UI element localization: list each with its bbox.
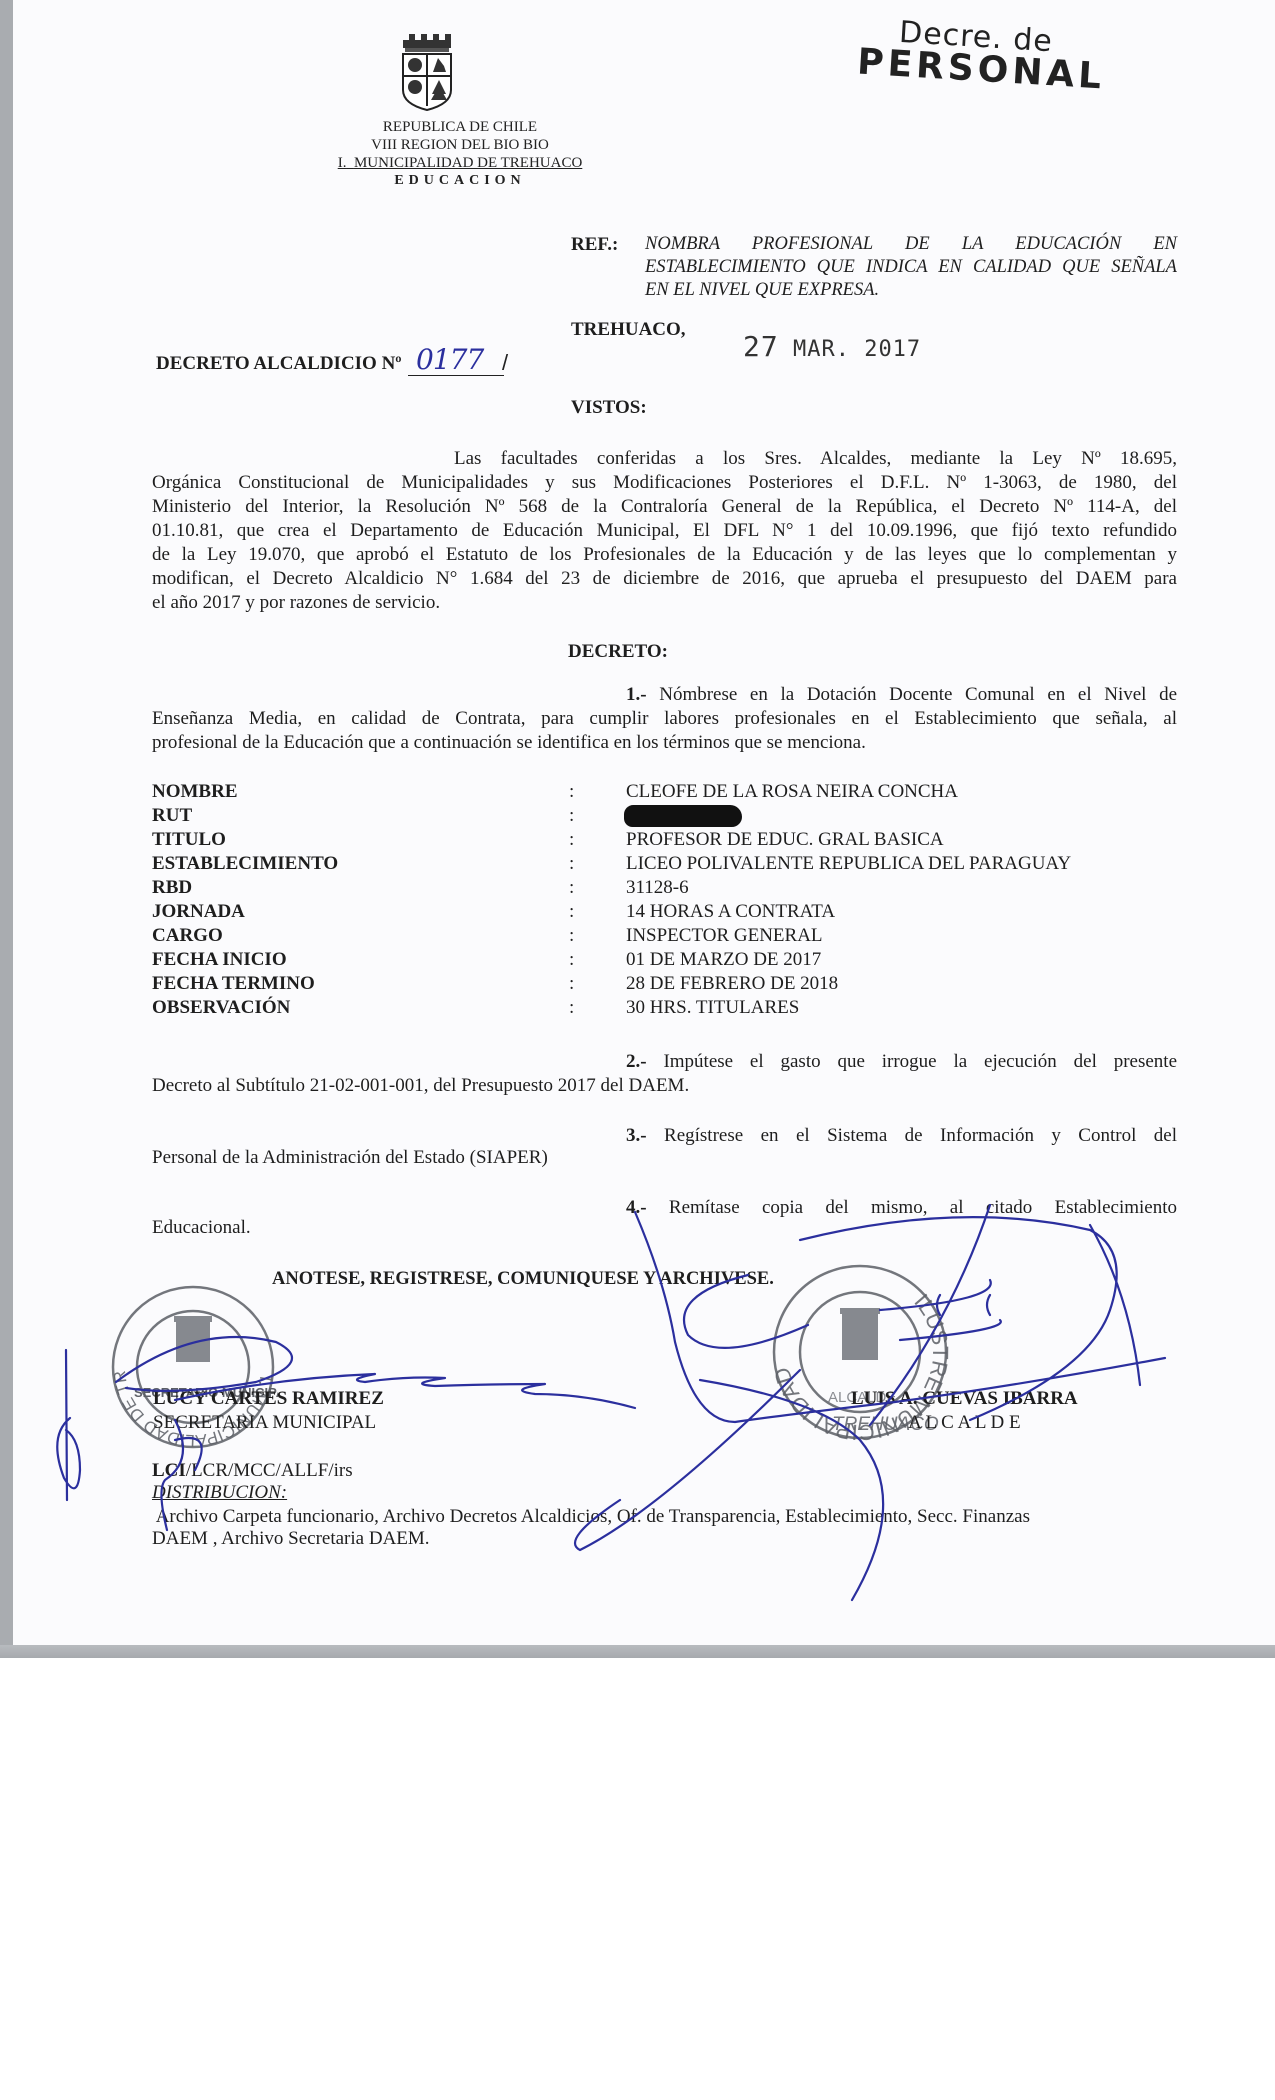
- signatory-left: LUCY CARTES RAMIREZ SECRETARIA MUNICIPAL: [153, 1387, 384, 1435]
- item-1-line: Nómbrese en la Dotación Docente Comunal …: [659, 684, 1177, 705]
- date-stamp: 27 MAR. 2017: [743, 330, 921, 363]
- initials-rest: /LCR/MCC/ALLF/irs: [186, 1460, 353, 1481]
- decree-number-handwritten: 0177: [416, 343, 483, 376]
- field-separator: :: [569, 996, 574, 1020]
- coat-of-arms-icon: [397, 26, 457, 112]
- header-country: REPUBLICA DE CHILE: [300, 118, 620, 136]
- item-number: 3.-: [626, 1125, 647, 1146]
- item-1-line: Enseñanza Media, en calidad de Contrata,…: [152, 707, 1177, 731]
- municipality-name: MUNICIPALIDAD DE TREHUACO: [354, 155, 582, 171]
- field-value: INSPECTOR GENERAL: [626, 924, 823, 948]
- ref-line: NOMBRA PROFESIONAL DE LA EDUCACIÓN EN: [645, 233, 1177, 256]
- field-value: PROFESOR DE EDUC. GRAL BASICA: [626, 828, 944, 852]
- header-department: EDUCACION: [300, 172, 620, 190]
- field-value: 01 DE MARZO DE 2017: [626, 948, 821, 972]
- item-number: 4.-: [626, 1197, 647, 1218]
- item-2-line: Impútese el gasto que irrogue la ejecuci…: [663, 1051, 1177, 1072]
- decreto-item-4: 4.- Remítase copia del mismo, al citado …: [626, 1196, 1177, 1220]
- field-separator: :: [569, 900, 574, 924]
- field-label: JORNADA: [152, 900, 245, 924]
- decreto-item-2: 2.- Impútese el gasto que irrogue la eje…: [626, 1050, 1177, 1074]
- item-3-line-2: Personal de la Administración del Estado…: [152, 1146, 548, 1170]
- header-region: VIII REGION DEL BIO BIO: [300, 136, 620, 154]
- vistos-line: de la Ley 19.070, que aprobó el Estatuto…: [152, 543, 1177, 567]
- distribution-heading: DISTRIBUCION:: [152, 1481, 287, 1505]
- field-value: 14 HORAS A CONTRATA: [626, 900, 835, 924]
- header-municipality: I. MUNICIPALIDAD DE TREHUACO: [300, 154, 620, 172]
- field-label: FECHA INICIO: [152, 948, 287, 972]
- field-value: 31128-6: [626, 876, 689, 900]
- ref-text: NOMBRA PROFESIONAL DE LA EDUCACIÓN EN ES…: [645, 233, 1177, 302]
- date-stamp-day: 27: [743, 330, 779, 363]
- decree-number-line: 0177: [408, 343, 504, 376]
- vistos-heading: VISTOS:: [571, 396, 647, 420]
- place: TREHUACO,: [571, 318, 686, 342]
- field-label: ESTABLECIMIENTO: [152, 852, 338, 876]
- decreto-heading: DECRETO:: [568, 640, 668, 664]
- signatory-right-name: LUIS A. CUEVAS IBARRA: [851, 1387, 1078, 1411]
- vistos-line: Orgánica Constitucional de Municipalidad…: [152, 471, 1177, 495]
- field-separator: :: [569, 804, 574, 828]
- vistos-line: 01.10.81, que crea el Departamento de Ed…: [152, 519, 1177, 543]
- ref-line: EN EL NIVEL QUE EXPRESA.: [645, 279, 1177, 302]
- vistos-line: Ministerio del Interior, la Resolución N…: [152, 495, 1177, 519]
- field-value: CLEOFE DE LA ROSA NEIRA CONCHA: [626, 780, 958, 804]
- item-number: 2.-: [626, 1051, 647, 1072]
- item-4-line: Remítase copia del mismo, al citado Esta…: [669, 1197, 1177, 1218]
- ref-label: REF.:: [571, 233, 618, 257]
- item-3-line: Regístrese en el Sistema de Información …: [664, 1125, 1177, 1146]
- field-separator: :: [569, 780, 574, 804]
- scan-edge-left: [0, 0, 13, 1658]
- field-label: TITULO: [152, 828, 226, 852]
- redacted-value: [624, 805, 742, 827]
- field-value: 30 HRS. TITULARES: [626, 996, 799, 1020]
- signatory-left-title: SECRETARIA MUNICIPAL: [153, 1411, 384, 1435]
- initials-bold: LCI: [152, 1460, 186, 1481]
- scan-edge-bottom: [0, 1645, 1275, 1658]
- item-2-line-2: Decreto al Subtítulo 21-02-001-001, del …: [152, 1074, 689, 1098]
- field-label: CARGO: [152, 924, 223, 948]
- decreto-item-3: 3.- Regístrese en el Sistema de Informac…: [626, 1124, 1177, 1148]
- field-separator: :: [569, 948, 574, 972]
- ref-line: ESTABLECIMIENTO QUE INDICA EN CALIDAD QU…: [645, 256, 1177, 279]
- distribution-line-2: DAEM , Archivo Secretaria DAEM.: [152, 1527, 430, 1551]
- initials: LCI/LCR/MCC/ALLF/irs: [152, 1459, 353, 1483]
- signatory-right-title: A L C A L D E: [851, 1411, 1078, 1435]
- field-value: LICEO POLIVALENTE REPUBLICA DEL PARAGUAY: [626, 852, 1071, 876]
- field-separator: :: [569, 924, 574, 948]
- vistos-paragraph: Las facultades conferidas a los Sres. Al…: [152, 447, 1177, 615]
- field-label: RUT: [152, 804, 192, 828]
- field-label: NOMBRE: [152, 780, 238, 804]
- item-number: 1.-: [626, 684, 647, 705]
- field-label: OBSERVACIÓN: [152, 996, 290, 1020]
- field-separator: :: [569, 828, 574, 852]
- field-separator: :: [569, 852, 574, 876]
- field-separator: :: [569, 972, 574, 996]
- date-stamp-month-year: MAR. 2017: [793, 337, 921, 362]
- field-label: FECHA TERMINO: [152, 972, 315, 996]
- decreto-item-1: 1.- Nómbrese en la Dotación Docente Comu…: [152, 683, 1177, 755]
- field-label: RBD: [152, 876, 192, 900]
- field-separator: :: [569, 876, 574, 900]
- municipality-prefix: I.: [338, 155, 347, 171]
- vistos-line: modifican, el Decreto Alcaldicio N° 1.68…: [152, 567, 1177, 591]
- field-value: 28 DE FEBRERO DE 2018: [626, 972, 838, 996]
- item-1-line: profesional de la Educación que a contin…: [152, 731, 1177, 755]
- signatory-left-name: LUCY CARTES RAMIREZ: [153, 1387, 384, 1411]
- decree-number-slash: /: [502, 350, 508, 376]
- signatory-right: LUIS A. CUEVAS IBARRA A L C A L D E: [851, 1387, 1078, 1435]
- distribution-line-1: Archivo Carpeta funcionario, Archivo Dec…: [152, 1505, 1177, 1529]
- vistos-line: el año 2017 y por razones de servicio.: [152, 591, 1177, 615]
- vistos-line: Las facultades conferidas a los Sres. Al…: [454, 447, 1177, 471]
- item-4-line-2: Educacional.: [152, 1216, 251, 1240]
- decree-number-label: DECRETO ALCALDICIO Nº: [156, 352, 402, 376]
- closing-formula: ANOTESE, REGISTRESE, COMUNIQUESE Y ARCHI…: [272, 1267, 774, 1291]
